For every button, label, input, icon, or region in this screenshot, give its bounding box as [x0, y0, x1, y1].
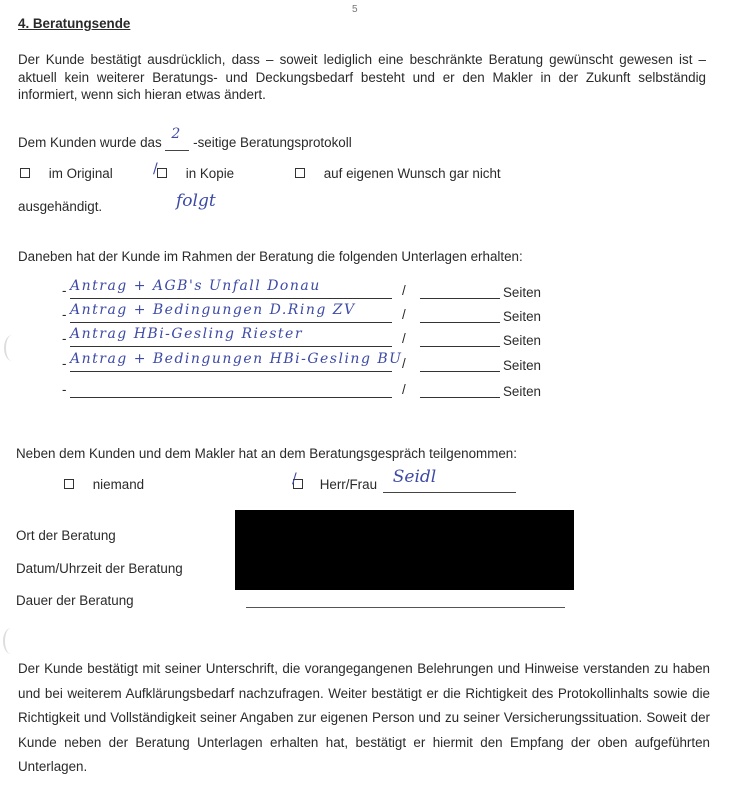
option-declined[interactable]: auf eigenen Wunsch gar nicht: [295, 166, 501, 181]
document-description[interactable]: Antrag + AGB's Unfall Donau: [70, 278, 321, 294]
datetime-label: Datum/Uhrzeit der Beratung: [16, 561, 183, 576]
option-copy-label: in Kopie: [186, 166, 234, 181]
pages-label: Seiten: [503, 384, 541, 399]
document-row: - Antrag + AGB's Unfall Donau / Seiten: [62, 281, 562, 301]
document-row: - Antrag + Bedingungen D.Ring ZV / Seite…: [62, 305, 562, 325]
protocol-page-count-value: 2: [171, 126, 180, 142]
handed-over-label: ausgehändigt.: [18, 199, 102, 214]
document-row: - Antrag HBi-Gesling Riester / Seiten: [62, 329, 562, 349]
checkbox-original[interactable]: [20, 168, 30, 178]
handwritten-note: folgt: [176, 191, 216, 211]
page-number: 5: [352, 4, 358, 15]
protocol-page-count-field[interactable]: 2: [165, 135, 189, 151]
participant-person[interactable]: / Herr/Frau Seidl: [293, 477, 516, 493]
location-label: Ort der Beratung: [16, 528, 116, 543]
pages-label: Seiten: [503, 285, 541, 300]
document-pages-field[interactable]: [420, 397, 500, 398]
scan-artifact: [4, 335, 20, 361]
checkbox-none[interactable]: [64, 479, 74, 489]
participant-none[interactable]: niemand: [64, 477, 144, 492]
section-heading: 4. Beratungsende: [18, 16, 130, 31]
option-original-label: im Original: [49, 166, 113, 181]
participant-person-label: Herr/Frau: [320, 477, 377, 492]
document-pages-field[interactable]: [420, 322, 500, 323]
document-pages-field[interactable]: [420, 298, 500, 299]
option-original[interactable]: im Original: [20, 166, 113, 181]
protocol-prefix: Dem Kunden wurde das: [18, 135, 162, 150]
checkbox-declined[interactable]: [295, 168, 305, 178]
redaction-box: [235, 510, 574, 590]
checkmark-icon: /: [153, 161, 158, 177]
document-description[interactable]: Antrag + Bedingungen D.Ring ZV: [70, 302, 356, 318]
option-declined-label: auf eigenen Wunsch gar nicht: [324, 166, 501, 181]
participant-name-value: Seidl: [393, 467, 436, 487]
duration-label: Dauer der Beratung: [16, 593, 134, 608]
checkbox-copy[interactable]: /: [157, 168, 167, 178]
participant-none-label: niemand: [93, 477, 144, 492]
pages-label: Seiten: [503, 333, 541, 348]
participants-intro: Neben dem Kunden und dem Makler hat an d…: [16, 446, 517, 461]
document-description[interactable]: Antrag HBi-Gesling Riester: [70, 326, 303, 342]
document-row: - / Seiten: [62, 380, 562, 400]
checkmark-icon: /: [292, 471, 297, 487]
documents-intro: Daneben hat der Kunde im Rahmen der Bera…: [18, 249, 523, 264]
pages-label: Seiten: [503, 358, 541, 373]
duration-field[interactable]: [246, 607, 565, 608]
participant-name-field[interactable]: Seidl: [383, 477, 516, 493]
intro-paragraph: Der Kunde bestätigt ausdrücklich, dass –…: [18, 51, 706, 104]
document-pages-field[interactable]: [420, 346, 500, 347]
scan-artifact: [3, 628, 19, 654]
document-description[interactable]: Antrag + Bedingungen HBi-Gesling BU: [70, 351, 402, 367]
document-row: - Antrag + Bedingungen HBi-Gesling BU / …: [62, 354, 562, 374]
closing-paragraph: Der Kunde bestätigt mit seiner Unterschr…: [18, 657, 710, 780]
pages-label: Seiten: [503, 309, 541, 324]
protocol-suffix: -seitige Beratungsprotokoll: [193, 135, 352, 150]
option-copy[interactable]: / in Kopie: [157, 166, 234, 181]
protocol-statement: Dem Kunden wurde das 2 -seitige Beratung…: [18, 135, 352, 151]
document-pages-field[interactable]: [420, 371, 500, 372]
checkbox-person[interactable]: /: [293, 479, 303, 489]
